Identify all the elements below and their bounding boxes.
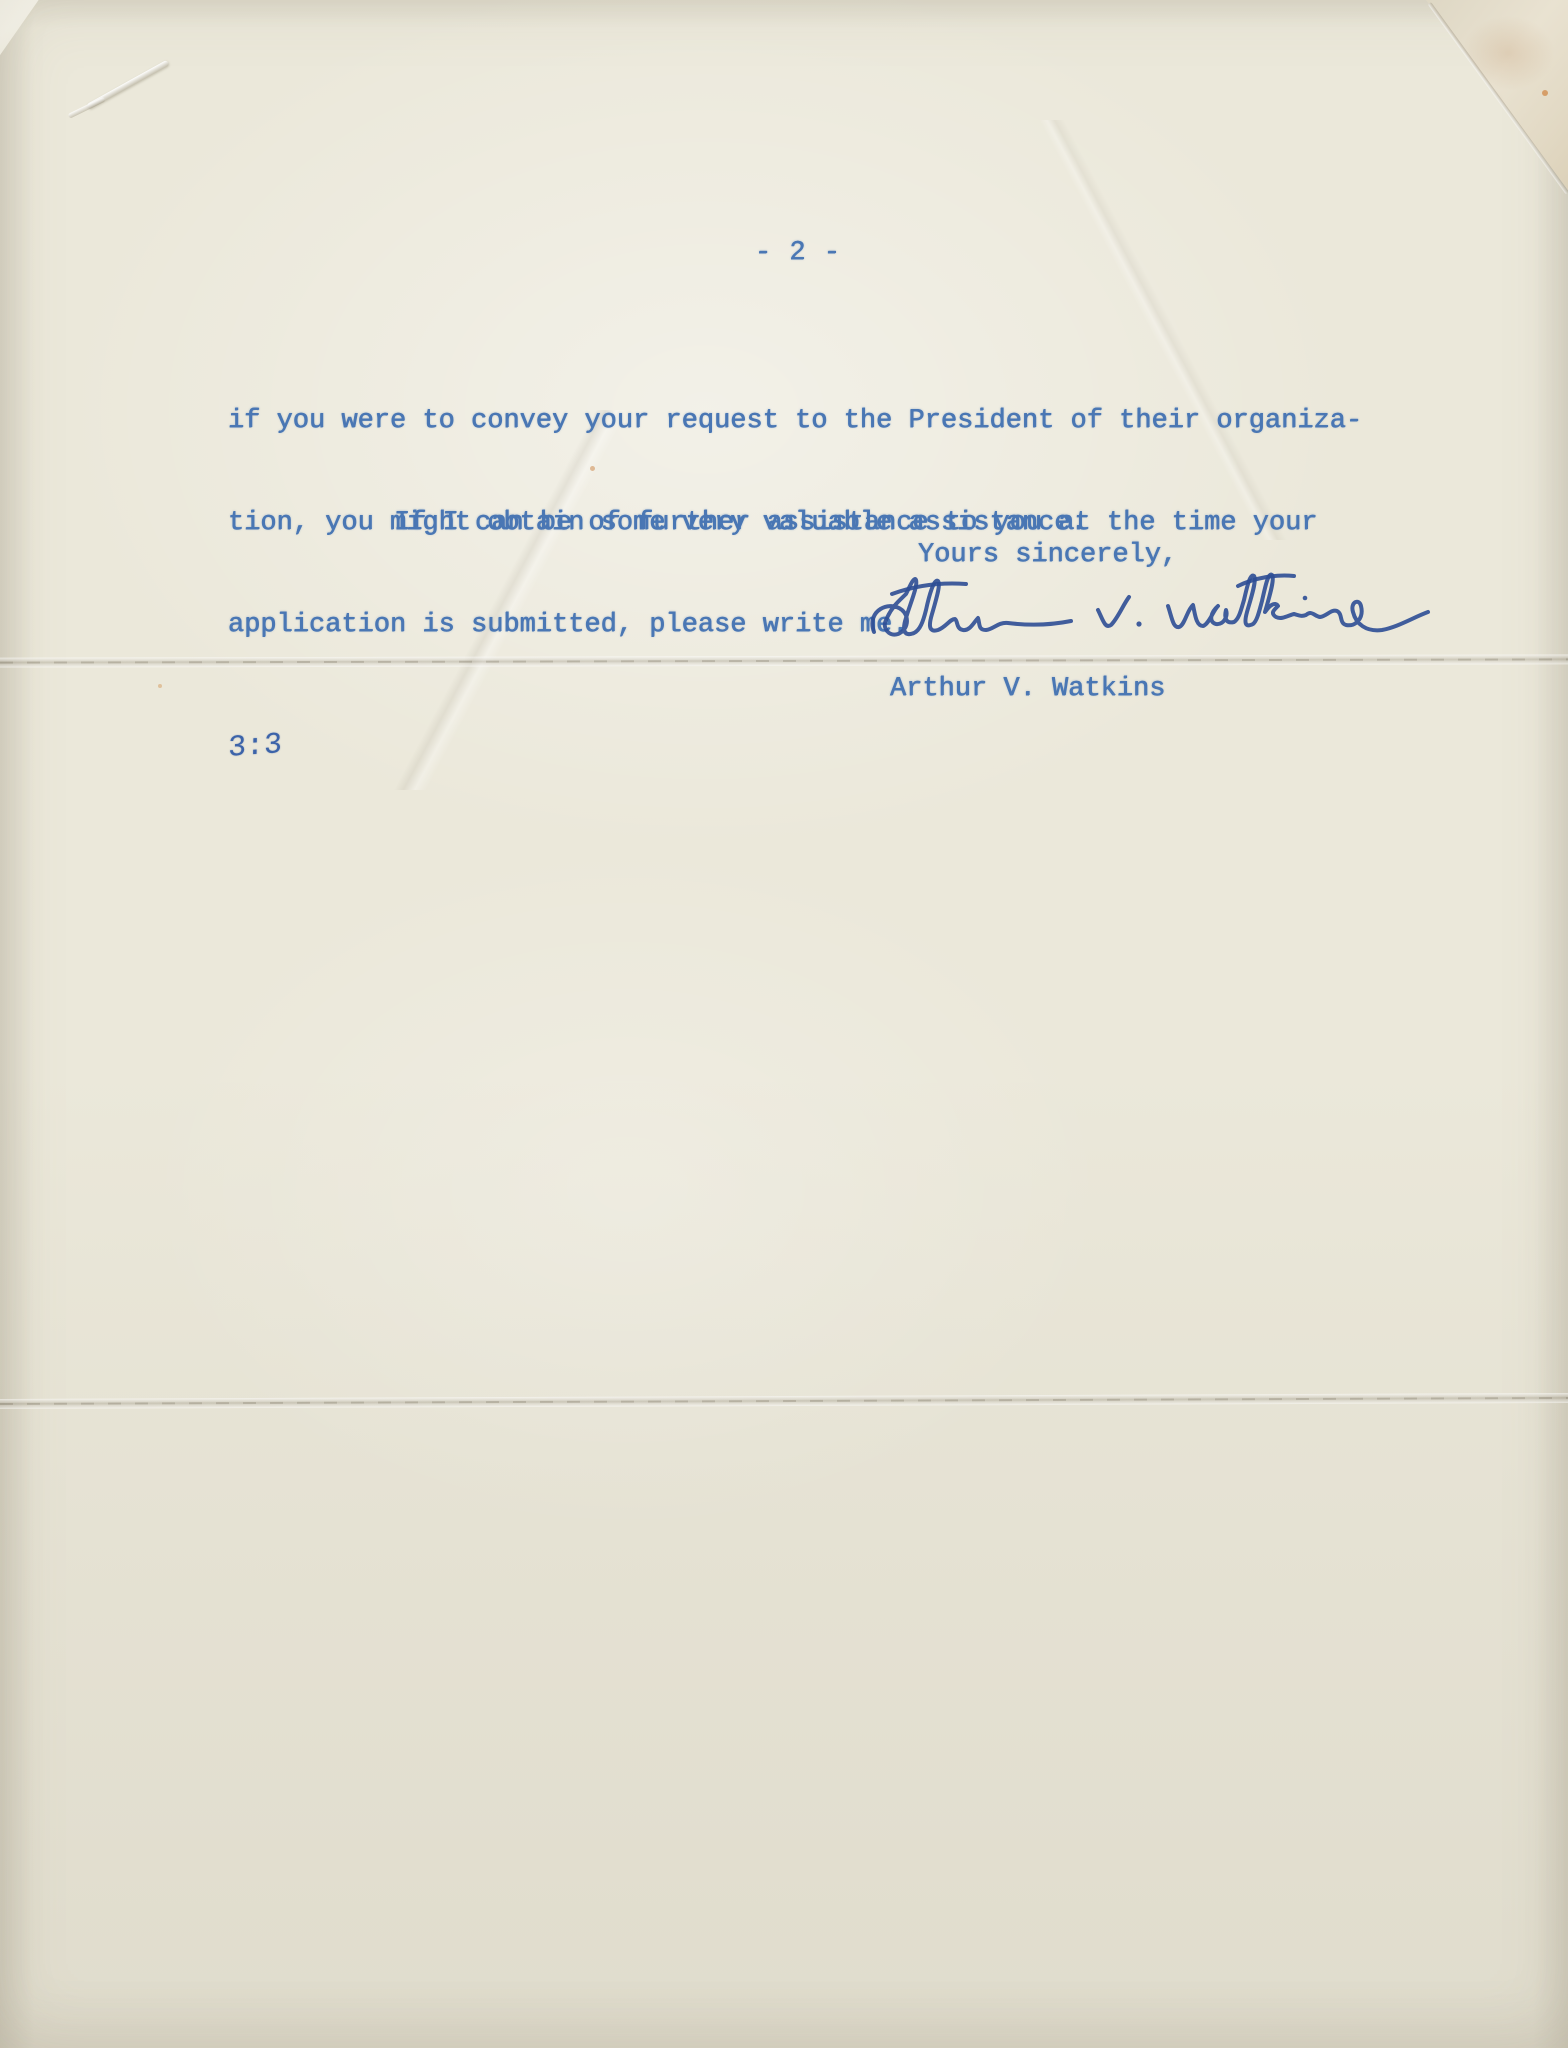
handwritten-signature [846,560,1446,665]
staple-impression-mark [63,50,177,124]
horizontal-fold-crease [0,1393,1568,1409]
page-number: - 2 - [14,236,1568,270]
paragraph-line: if you were to convey your request to th… [228,404,1362,438]
paper-speck [1542,90,1548,96]
paragraph-line: If I can be of further assistance to you… [228,506,1318,540]
top-left-corner-cut [0,0,40,58]
paper-speck [158,684,162,688]
letter-page-scan: - 2 - if you were to convey your request… [0,0,1568,2048]
typist-reference: 3:3 [228,728,282,766]
typed-signature-name: Arthur V. Watkins [890,672,1165,706]
